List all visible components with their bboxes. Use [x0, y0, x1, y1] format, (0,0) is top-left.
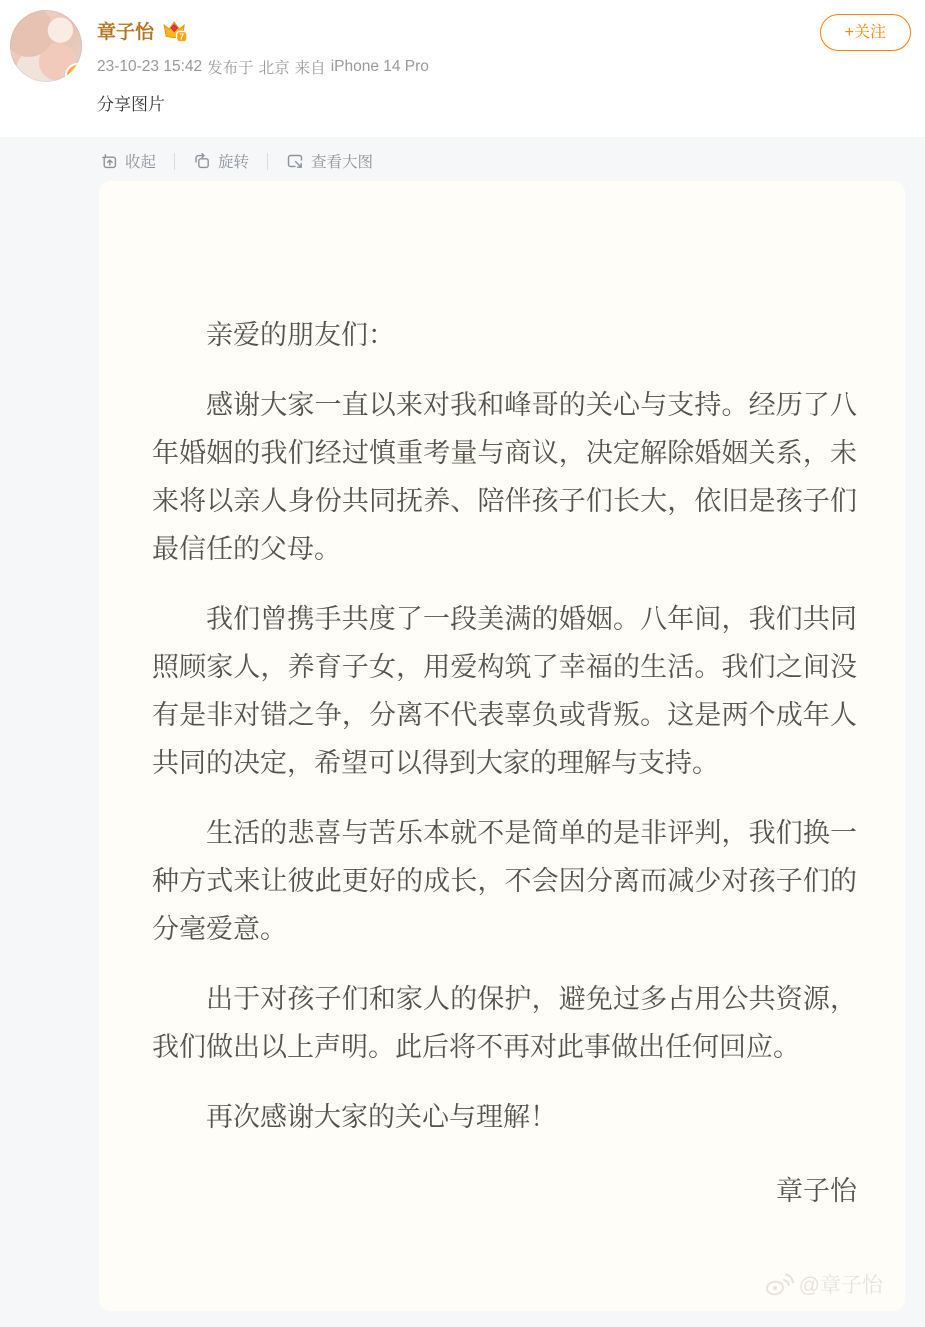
post-header: V 章子怡 7 23-10-23 15:42 发布于 北京 来自 iPhone … — [0, 0, 925, 137]
view-large-button[interactable]: 查看大图 — [286, 150, 373, 172]
post-meta: 23-10-23 15:42 发布于 北京 来自 iPhone 14 Pro — [97, 56, 429, 78]
statement-image[interactable]: 亲爱的朋友们： 感谢大家一直以来对我和峰哥的关心与支持。经历了八年婚姻的我们经过… — [99, 181, 905, 1311]
letter-salutation: 亲爱的朋友们： — [152, 311, 857, 359]
post-device[interactable]: iPhone 14 Pro — [331, 58, 429, 76]
letter-signature: 章子怡 — [152, 1167, 857, 1215]
toolbar-separator — [267, 153, 268, 170]
verified-v-icon: V — [65, 63, 82, 82]
rotate-label: 旋转 — [218, 150, 249, 172]
rotate-icon — [193, 152, 211, 170]
image-toolbar: 收起 旋转 — [100, 147, 925, 175]
view-large-label: 查看大图 — [311, 150, 373, 172]
post-text: 分享图片 — [97, 90, 165, 115]
rotate-button[interactable]: 旋转 — [193, 150, 249, 172]
expanded-image-area: 收起 旋转 — [0, 137, 925, 1327]
name-row: 章子怡 7 — [97, 17, 188, 44]
letter-paragraph: 出于对孩子们和家人的保护，避免过多占用公共资源，我们做出以上声明。此后将不再对此… — [152, 975, 857, 1071]
view-large-icon — [286, 152, 304, 170]
collapse-button[interactable]: 收起 — [100, 150, 156, 172]
published-label: 发布于 — [207, 56, 254, 78]
weibo-post-page: V 章子怡 7 23-10-23 15:42 发布于 北京 来自 iPhone … — [0, 0, 925, 1327]
toolbar-separator — [174, 153, 175, 170]
svg-text:7: 7 — [180, 33, 185, 42]
watermark-handle: @章子怡 — [799, 1269, 883, 1299]
letter-paragraph: 我们曾携手共度了一段美满的婚姻。八年间，我们共同照顾家人，养育子女，用爱构筑了幸… — [152, 595, 857, 787]
weibo-logo-icon — [764, 1271, 794, 1297]
watermark: @章子怡 — [764, 1269, 883, 1299]
avatar[interactable]: V — [10, 10, 82, 82]
collapse-label: 收起 — [125, 150, 156, 172]
collapse-icon — [100, 152, 118, 170]
letter-paragraph: 生活的悲喜与苦乐本就不是简单的是非评判，我们换一种方式来让彼此更好的成长，不会因… — [152, 809, 857, 953]
vip-crown-icon: 7 — [161, 18, 188, 43]
username[interactable]: 章子怡 — [97, 17, 154, 44]
follow-button[interactable]: +关注 — [820, 14, 911, 51]
source-label: 来自 — [295, 56, 326, 78]
post-time[interactable]: 23-10-23 15:42 — [97, 58, 202, 76]
letter-closing: 再次感谢大家的关心与理解！ — [152, 1093, 857, 1141]
statement-letter: 亲爱的朋友们： 感谢大家一直以来对我和峰哥的关心与支持。经历了八年婚姻的我们经过… — [99, 181, 905, 1215]
letter-paragraph: 感谢大家一直以来对我和峰哥的关心与支持。经历了八年婚姻的我们经过慎重考量与商议，… — [152, 381, 857, 573]
post-location[interactable]: 北京 — [259, 56, 290, 78]
